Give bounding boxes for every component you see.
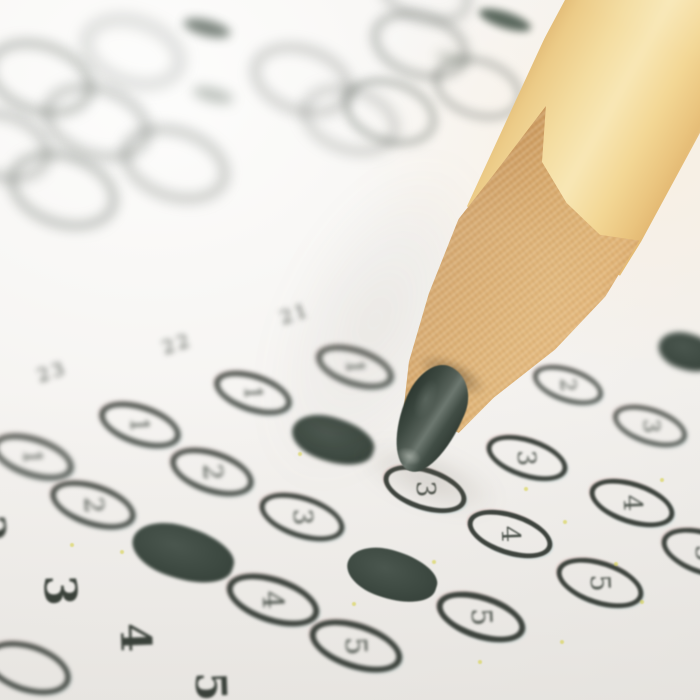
graphite-smudge-mark bbox=[182, 14, 232, 41]
paper-speck bbox=[640, 600, 644, 604]
paper-speck bbox=[120, 550, 124, 554]
paper-speck bbox=[560, 640, 564, 644]
paper-speck bbox=[70, 543, 74, 547]
graphite-smudge-mark bbox=[434, 49, 470, 68]
paper-speck bbox=[614, 562, 618, 566]
paper-speck bbox=[432, 560, 436, 564]
paper-speck bbox=[478, 660, 482, 664]
photo-pencil-on-answer-sheet: 231345134512351245 2122232345 bbox=[0, 0, 700, 700]
paper-speck bbox=[563, 520, 567, 524]
paper-speck bbox=[352, 602, 356, 606]
graphite-smudge-mark bbox=[477, 4, 533, 36]
paper-speck bbox=[660, 478, 664, 482]
graphite-smudge-mark bbox=[191, 83, 235, 107]
